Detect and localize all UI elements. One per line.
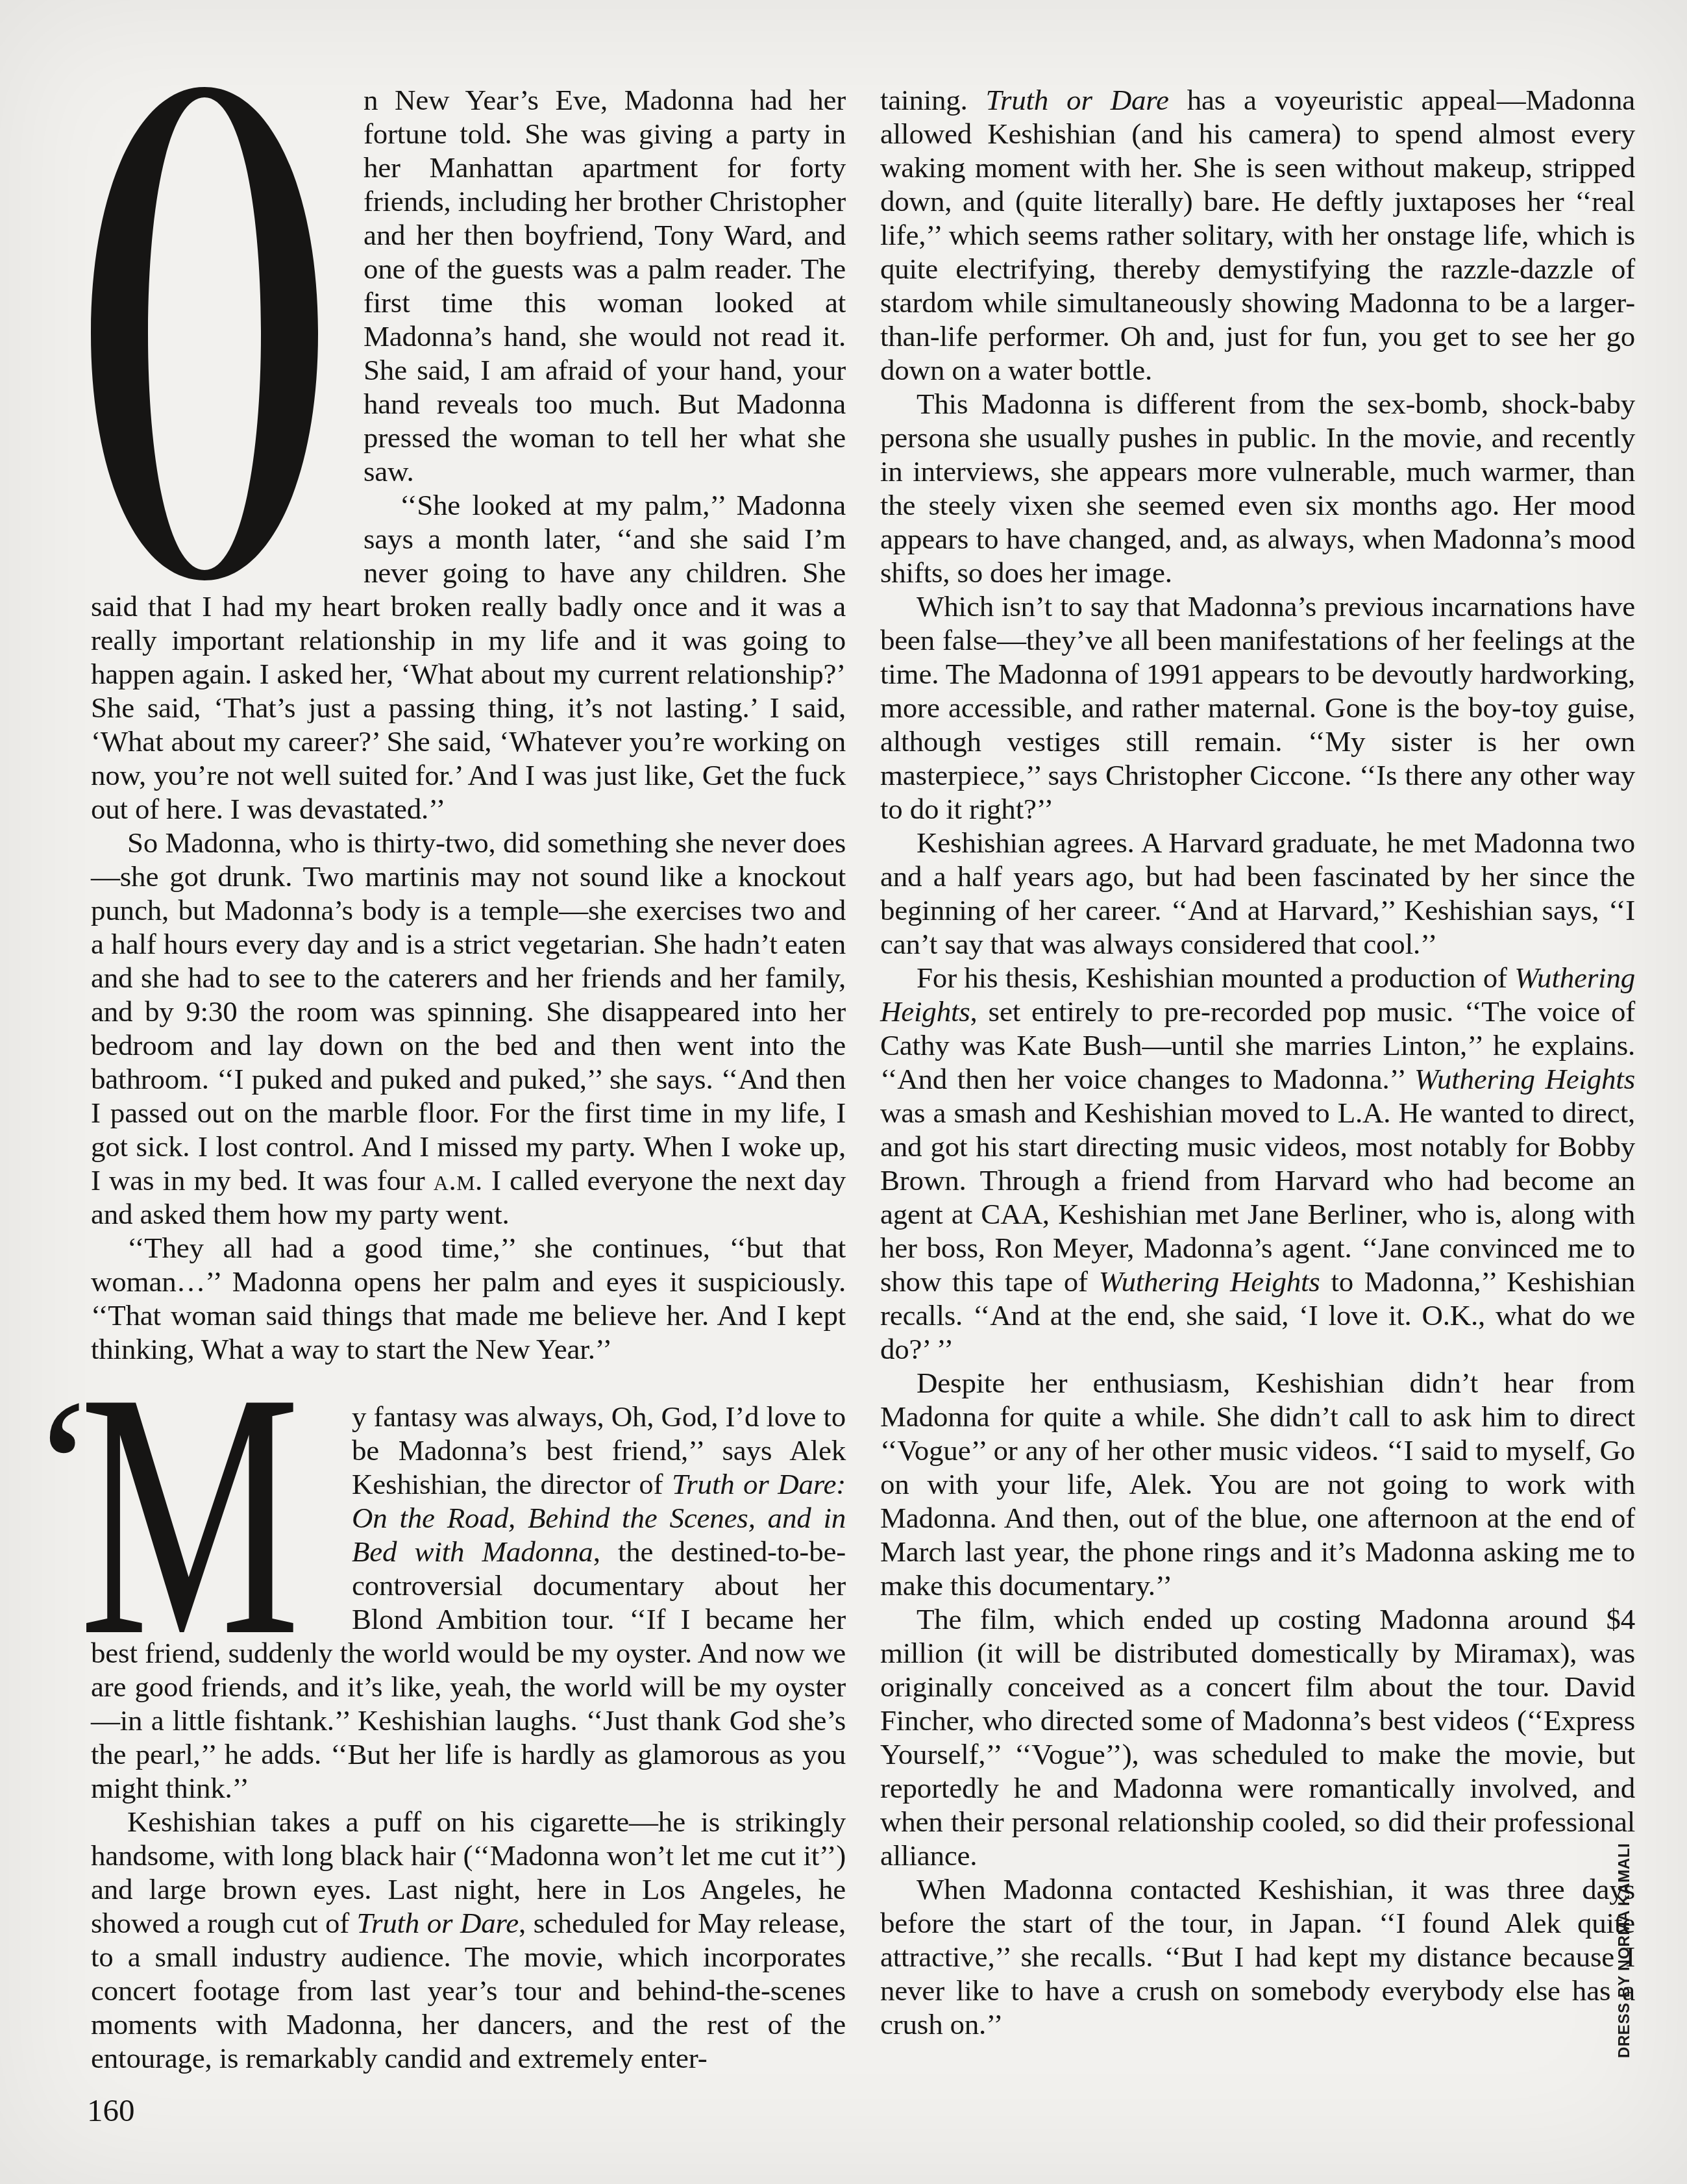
body-paragraph: Keshishian agrees. A Harvard graduate, h… (880, 826, 1635, 961)
body-paragraph: Keshishian takes a puff on his cigarette… (91, 1805, 846, 2075)
body-paragraph: So Madonna, who is thirty-two, did somet… (91, 826, 846, 1231)
drop-cap-o (91, 87, 318, 580)
lead-quote-mark: ‘ (31, 1370, 96, 1565)
body-paragraph: This Madonna is different from the sex-b… (880, 387, 1635, 589)
body-paragraph: Despite her enthusiasm, Keshishian didn’… (880, 1366, 1635, 1602)
magazine-page: n New Year’s Eve, Madonna had her fortun… (0, 0, 1687, 2184)
right-column: taining. Truth or Dare has a voyeuristic… (880, 83, 1635, 2041)
drop-cap-m: M (79, 1404, 300, 1636)
page-number: 160 (87, 2094, 135, 2126)
body-paragraph: The film, which ended up costing Madonna… (880, 1602, 1635, 1872)
section-keshishian: ‘ M y fantasy was always, Oh, God, I’d l… (91, 1400, 846, 2075)
section-new-years-eve: n New Year’s Eve, Madonna had her fortun… (91, 83, 846, 1366)
photo-credit: DRESS BY NORMA KAMALI (1616, 1843, 1634, 2058)
body-paragraph: For his thesis, Keshishian mounted a pro… (880, 961, 1635, 1366)
body-paragraph: Which isn’t to say that Madonna’s previo… (880, 589, 1635, 826)
left-column: n New Year’s Eve, Madonna had her fortun… (91, 83, 846, 2075)
body-paragraph: taining. Truth or Dare has a voyeuristic… (880, 83, 1635, 387)
body-paragraph: When Madonna contacted Keshishian, it wa… (880, 1872, 1635, 2041)
